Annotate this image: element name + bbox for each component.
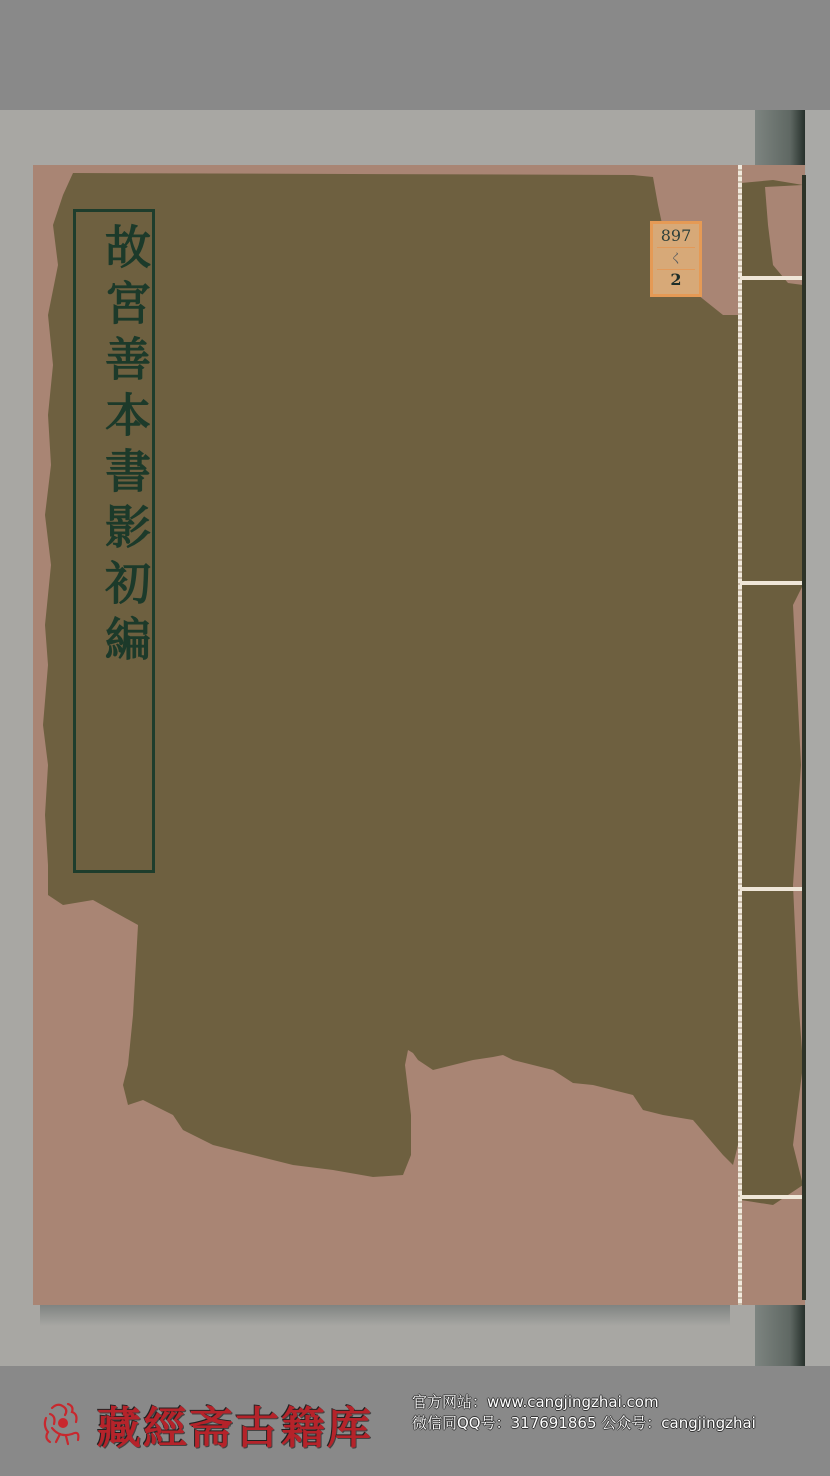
top-margin <box>0 0 830 110</box>
brand-name: 藏經斋古籍库 <box>97 1392 373 1456</box>
call-number-line1: 897 <box>653 226 699 245</box>
book-shadow <box>40 1304 730 1326</box>
contact-line: 微信同QQ号：317691865 公众号：cangjingzhai <box>412 1413 756 1434</box>
book-spine-edge <box>802 175 806 1300</box>
website-label: 官方网站： <box>412 1393 487 1411</box>
scan-background-right <box>806 110 830 1366</box>
binding-thread-1 <box>740 276 803 280</box>
watermark-footer: 藏經斋古籍库 官方网站：www.cangjingzhai.com 微信同QQ号：… <box>0 1366 830 1476</box>
website-url: www.cangjingzhai.com <box>487 1393 659 1411</box>
website-line: 官方网站：www.cangjingzhai.com <box>412 1392 756 1413</box>
binding-thread-2 <box>740 581 803 585</box>
call-number-line3: 2 <box>653 270 699 289</box>
call-number-line2: く <box>653 248 699 267</box>
book-cover: 故宮善本書影初編 897 く 2 <box>33 165 805 1305</box>
qilin-logo-icon <box>38 1398 88 1448</box>
binding-thread-vertical <box>738 165 742 1305</box>
binding-thread-3 <box>740 887 803 891</box>
call-number-sticker: 897 く 2 <box>650 221 702 297</box>
binding-thread-4 <box>740 1195 803 1199</box>
contact-info: 官方网站：www.cangjingzhai.com 微信同QQ号：3176918… <box>412 1392 756 1434</box>
book-title: 故宮善本書影初編 <box>85 223 155 671</box>
